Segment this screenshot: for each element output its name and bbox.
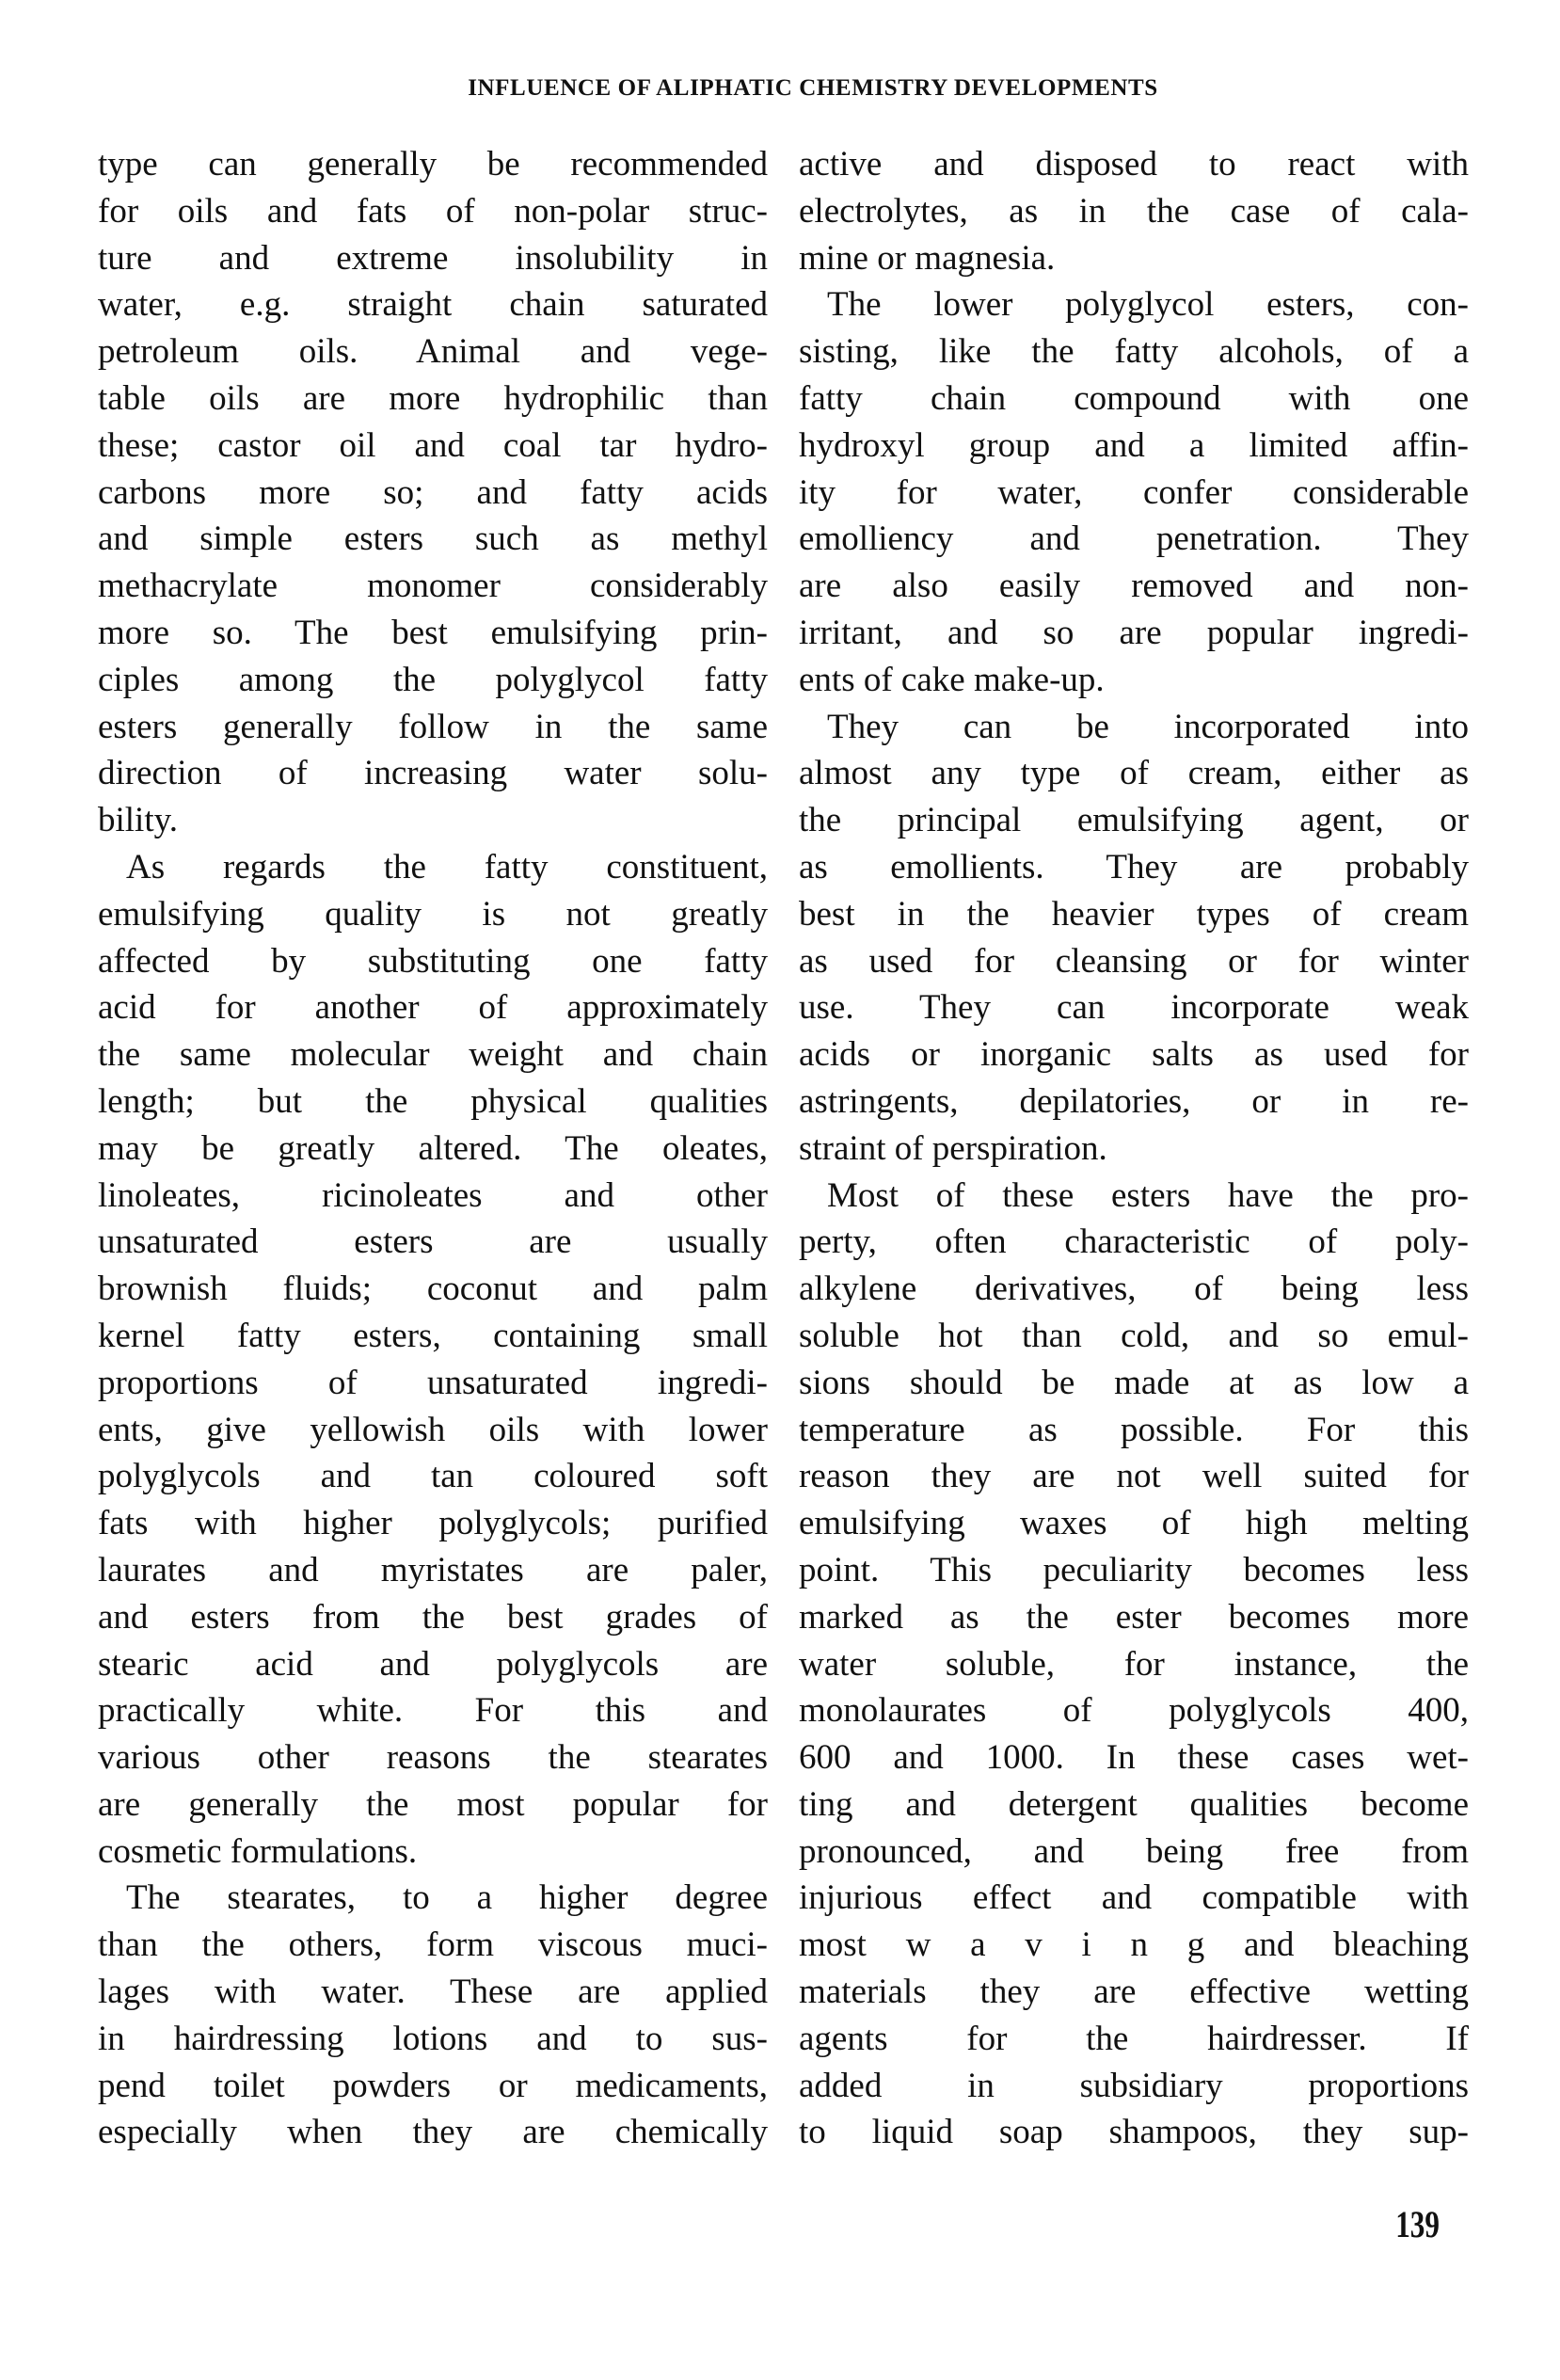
text-line: as emollients. They are probably: [799, 844, 1469, 891]
text-line: hydroxyl group and a limited affin-: [799, 423, 1469, 470]
text-line: to liquid soap shampoos, they sup-: [799, 2109, 1469, 2156]
text-line: water, e.g. straight chain saturated: [98, 281, 768, 328]
text-line: in hairdressing lotions and to sus-: [98, 2016, 768, 2063]
text-line: than the others, form viscous muci-: [98, 1922, 768, 1969]
running-header-title: INFLUENCE OF ALIPHATIC CHEMISTRY DEVELOP…: [0, 75, 1560, 102]
text-line: emulsifying waxes of high melting: [799, 1500, 1469, 1547]
text-line: bility.: [98, 797, 768, 844]
text-line: use. They can incorporate weak: [799, 984, 1469, 1031]
text-line: esters generally follow in the same: [98, 704, 768, 751]
text-line: are also easily removed and non-: [799, 563, 1469, 610]
text-line: acids or inorganic salts as used for: [799, 1031, 1469, 1078]
text-line: carbons more so; and fatty acids: [98, 470, 768, 517]
paragraph-first-line: The stearates, to a higher degree: [98, 1875, 768, 1922]
text-line: especially when they are chemically: [98, 2109, 768, 2156]
text-line: emulsifying quality is not greatly: [98, 891, 768, 938]
text-line: materials they are effective wetting: [799, 1969, 1469, 2016]
text-line: active and disposed to react with: [799, 141, 1469, 188]
text-line: the principal emulsifying agent, or: [799, 797, 1469, 844]
left-text-column: type can generally be recommendedfor oil…: [98, 141, 768, 2156]
text-line: cosmetic formulations.: [98, 1829, 768, 1876]
text-line: ture and extreme insolubility in: [98, 235, 768, 282]
text-line: length; but the physical qualities: [98, 1078, 768, 1126]
text-line: and esters from the best grades of: [98, 1594, 768, 1641]
text-line: various other reasons the stearates: [98, 1734, 768, 1781]
text-line: these; castor oil and coal tar hydro-: [98, 423, 768, 470]
paragraph-first-line: They can be incorporated into: [799, 704, 1469, 751]
text-line: ents of cake make-up.: [799, 657, 1469, 704]
text-line: methacrylate monomer considerably: [98, 563, 768, 610]
text-line: unsaturated esters are usually: [98, 1219, 768, 1266]
text-line: pronounced, and being free from: [799, 1829, 1469, 1876]
text-line: most w a v i n g and bleaching: [799, 1922, 1469, 1969]
text-line: soluble hot than cold, and so emul-: [799, 1313, 1469, 1360]
text-line: are generally the most popular for: [98, 1781, 768, 1829]
text-line: ciples among the polyglycol fatty: [98, 657, 768, 704]
text-line: perty, often characteristic of poly-: [799, 1219, 1469, 1266]
paragraph-first-line: As regards the fatty constituent,: [98, 844, 768, 891]
text-line: electrolytes, as in the case of cala-: [799, 188, 1469, 235]
text-line: for oils and fats of non-polar struc-: [98, 188, 768, 235]
text-line: direction of increasing water solu-: [98, 750, 768, 797]
text-line: stearic acid and polyglycols are: [98, 1641, 768, 1688]
text-line: pend toilet powders or medicaments,: [98, 2063, 768, 2110]
text-line: best in the heavier types of cream: [799, 891, 1469, 938]
text-line: fats with higher polyglycols; purified: [98, 1500, 768, 1547]
text-line: more so. The best emulsifying prin-: [98, 610, 768, 657]
text-line: table oils are more hydrophilic than: [98, 375, 768, 423]
paragraph-first-line: The lower polyglycol esters, con-: [799, 281, 1469, 328]
text-line: point. This peculiarity becomes less: [799, 1547, 1469, 1594]
text-line: linoleates, ricinoleates and other: [98, 1173, 768, 1220]
text-line: polyglycols and tan coloured soft: [98, 1453, 768, 1500]
text-line: as used for cleansing or for winter: [799, 938, 1469, 985]
right-text-column: active and disposed to react withelectro…: [799, 141, 1469, 2156]
text-line: almost any type of cream, either as: [799, 750, 1469, 797]
text-line: monolaurates of polyglycols 400,: [799, 1687, 1469, 1734]
text-line: petroleum oils. Animal and vege-: [98, 328, 768, 375]
text-line: ity for water, confer considerable: [799, 470, 1469, 517]
text-line: reason they are not well suited for: [799, 1453, 1469, 1500]
text-line: alkylene derivatives, of being less: [799, 1266, 1469, 1313]
text-line: astringents, depilatories, or in re-: [799, 1078, 1469, 1126]
text-line: brownish fluids; coconut and palm: [98, 1266, 768, 1313]
page-number: 139: [1381, 2202, 1440, 2246]
text-line: ents, give yellowish oils with lower: [98, 1407, 768, 1454]
text-line: emolliency and penetration. They: [799, 516, 1469, 563]
text-line: injurious effect and compatible with: [799, 1875, 1469, 1922]
text-line: temperature as possible. For this: [799, 1407, 1469, 1454]
text-line: mine or magnesia.: [799, 235, 1469, 282]
text-line: practically white. For this and: [98, 1687, 768, 1734]
text-line: and simple esters such as methyl: [98, 516, 768, 563]
text-line: 600 and 1000. In these cases wet-: [799, 1734, 1469, 1781]
text-line: sions should be made at as low a: [799, 1360, 1469, 1407]
text-line: acid for another of approximately: [98, 984, 768, 1031]
text-line: agents for the hairdresser. If: [799, 2016, 1469, 2063]
text-line: proportions of unsaturated ingredi-: [98, 1360, 768, 1407]
text-line: irritant, and so are popular ingredi-: [799, 610, 1469, 657]
text-line: type can generally be recommended: [98, 141, 768, 188]
text-line: kernel fatty esters, containing small: [98, 1313, 768, 1360]
paragraph-first-line: Most of these esters have the pro-: [799, 1173, 1469, 1220]
text-line: added in subsidiary proportions: [799, 2063, 1469, 2110]
text-line: fatty chain compound with one: [799, 375, 1469, 423]
text-line: ting and detergent qualities become: [799, 1781, 1469, 1829]
text-line: marked as the ester becomes more: [799, 1594, 1469, 1641]
text-line: straint of perspiration.: [799, 1126, 1469, 1173]
text-line: laurates and myristates are paler,: [98, 1547, 768, 1594]
text-line: water soluble, for instance, the: [799, 1641, 1469, 1688]
text-line: affected by substituting one fatty: [98, 938, 768, 985]
text-line: the same molecular weight and chain: [98, 1031, 768, 1078]
text-line: may be greatly altered. The oleates,: [98, 1126, 768, 1173]
text-line: sisting, like the fatty alcohols, of a: [799, 328, 1469, 375]
text-line: lages with water. These are applied: [98, 1969, 768, 2016]
